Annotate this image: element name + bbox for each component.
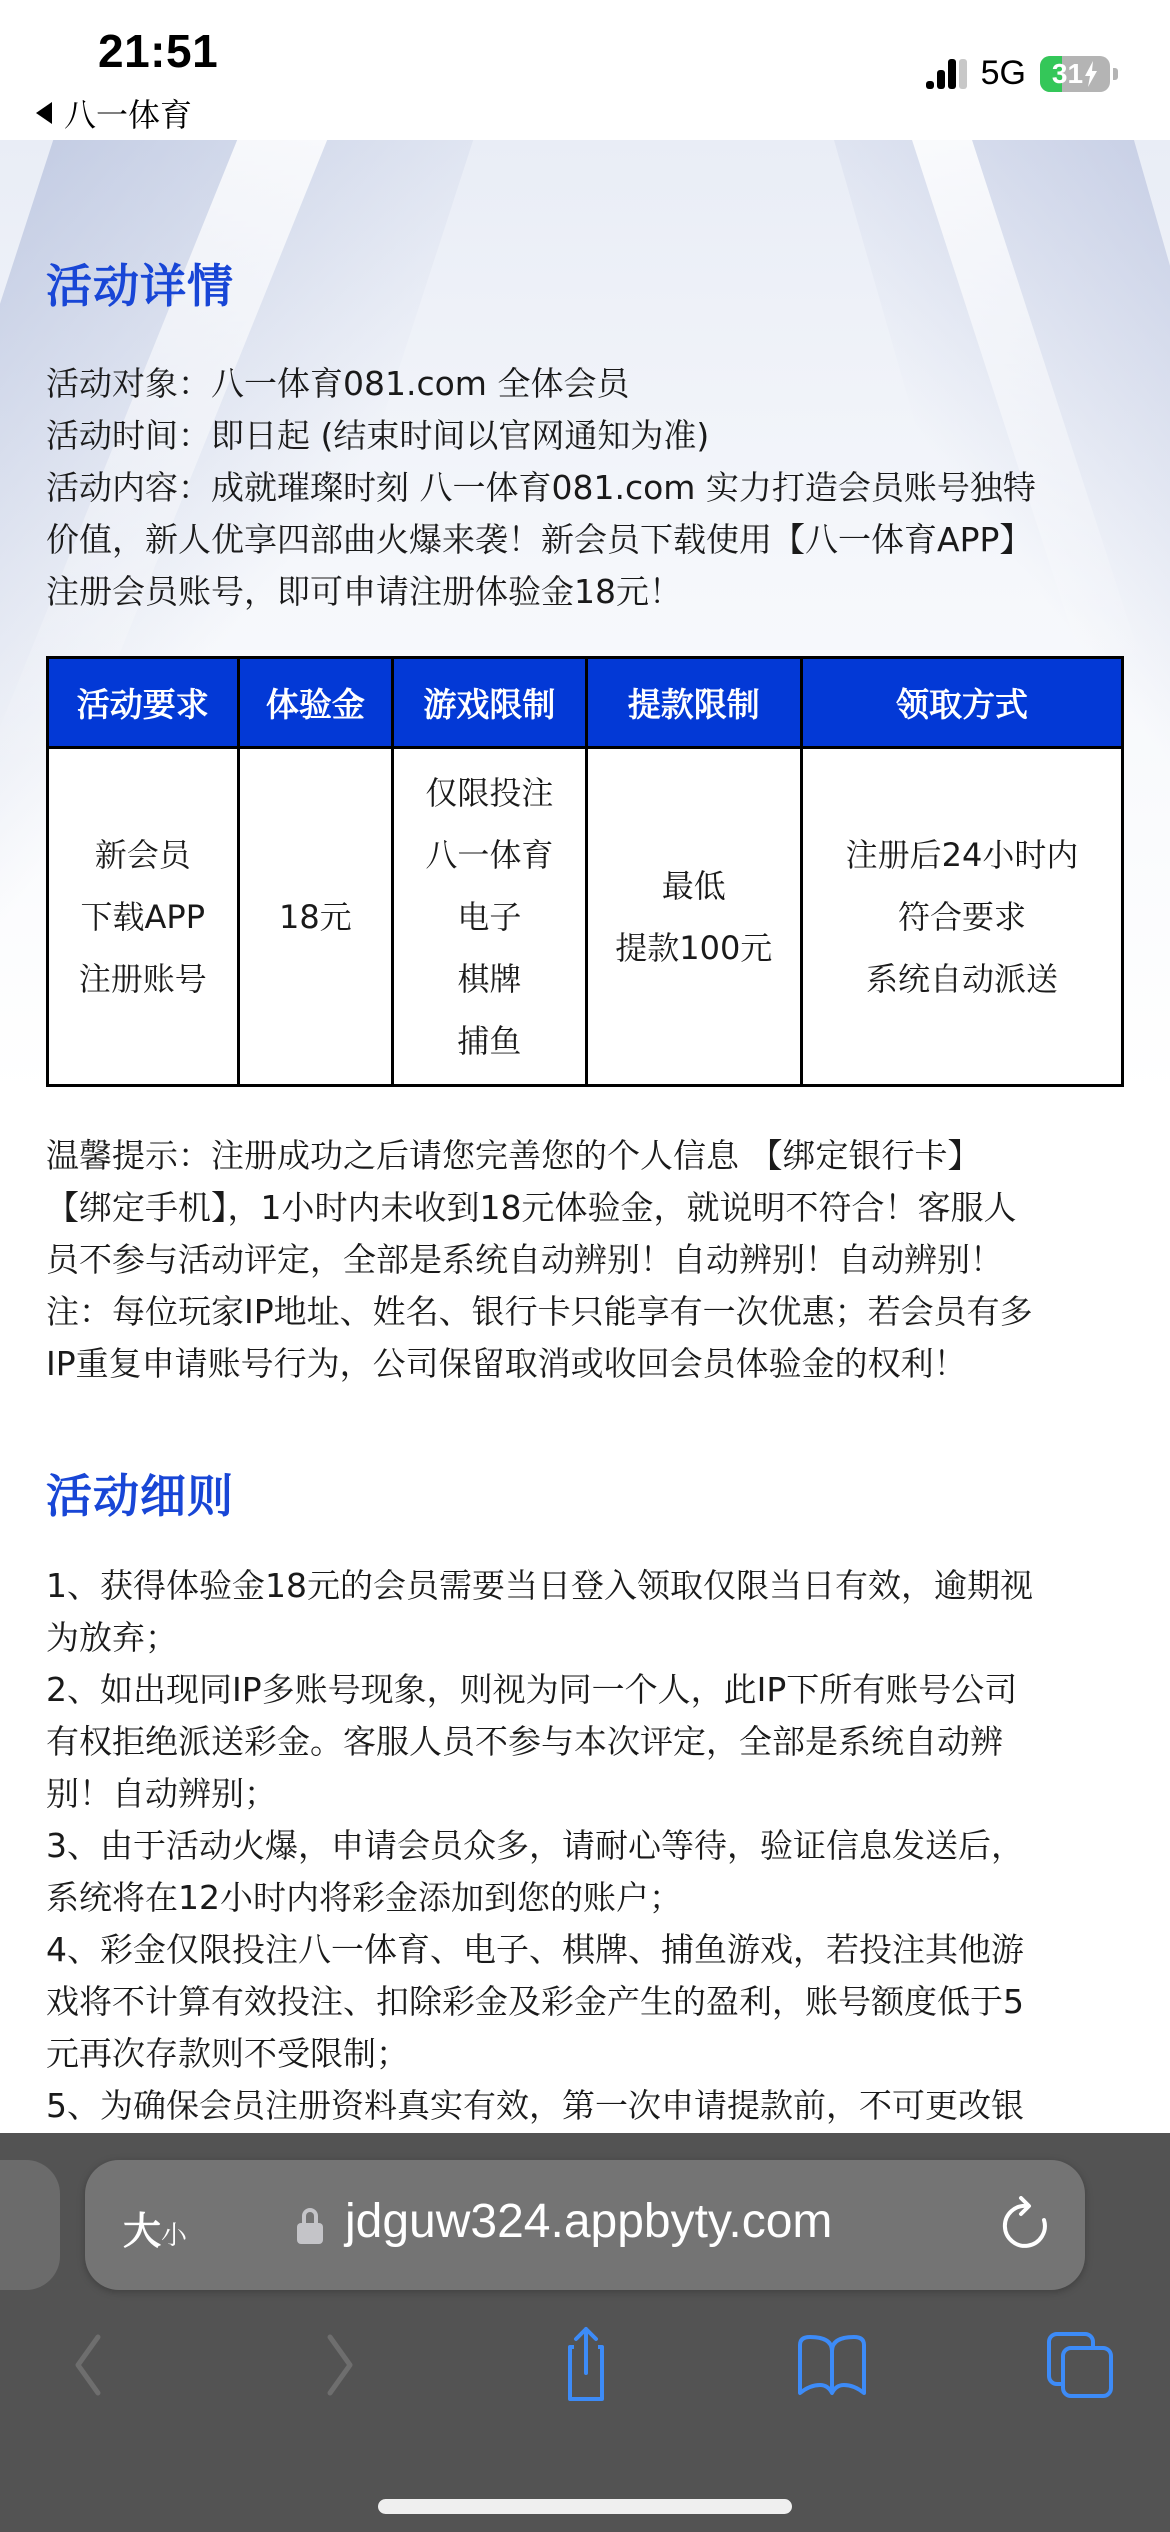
tips-line: IP重复申请账号行为，公司保留取消或收回会员体验金的权利！ <box>46 1338 1136 1390</box>
activity-content-line: 注册会员账号，即可申请注册体验金18元！ <box>46 566 1136 618</box>
rule-line: 5、为确保会员注册资料真实有效，第一次申请提款前，不可更改银 <box>46 2080 1136 2132</box>
warm-tips: 温馨提示：注册成功之后请您完善您的个人信息 【绑定银行卡】 【绑定手机】，1小时… <box>46 1130 1136 1390</box>
tips-line: 温馨提示：注册成功之后请您完善您的个人信息 【绑定银行卡】 <box>46 1130 1136 1182</box>
column-header: 活动要求 <box>48 658 239 748</box>
rule-line: 有权拒绝派送彩金。客服人员不参与本次评定，全部是系统自动辨 <box>46 1716 1136 1768</box>
promo-table: 活动要求 体验金 游戏限制 提款限制 领取方式 新会员 下载APP 注册账号 1… <box>46 656 1124 1087</box>
tabs-icon <box>1045 2330 1115 2400</box>
rule-line: 戏将不计算有效投注、扣除彩金及彩金产生的盈利，账号额度低于5 <box>46 1976 1136 2028</box>
cell-withdraw-limit: 最低 提款100元 <box>586 748 801 1086</box>
home-indicator[interactable] <box>378 2499 792 2514</box>
rule-line: 为放弃； <box>46 1612 1136 1664</box>
rule-line: 3、由于活动火爆，申请会员众多，请耐心等待，验证信息发送后， <box>46 1820 1136 1872</box>
url-text[interactable]: jdguw324.appbyty.com <box>345 2194 832 2249</box>
tips-line: 【绑定手机】，1小时内未收到18元体验金，就说明不符合！客服人 <box>46 1182 1136 1234</box>
table-row: 新会员 下载APP 注册账号 18元 仅限投注 八一体育 电子 棋牌 捕鱼 最低… <box>48 748 1123 1086</box>
battery-cap <box>1113 68 1118 80</box>
back-triangle-icon <box>36 102 52 124</box>
table-header-row: 活动要求 体验金 游戏限制 提款限制 领取方式 <box>48 658 1123 748</box>
cell-bonus: 18元 <box>238 748 393 1086</box>
status-time: 21:51 <box>98 24 218 78</box>
column-header: 游戏限制 <box>393 658 586 748</box>
bookmarks-button[interactable] <box>792 2320 872 2410</box>
forward-button[interactable] <box>300 2320 380 2410</box>
network-type: 5G <box>981 54 1026 93</box>
rule-line: 2、如出现同IP多账号现象，则视为同一个人，此IP下所有账号公司 <box>46 1664 1136 1716</box>
section-title-details: 活动详情 <box>46 250 234 316</box>
column-header: 领取方式 <box>801 658 1122 748</box>
tips-line: 注：每位玩家IP地址、姓名、银行卡只能享有一次优惠；若会员有多 <box>46 1286 1136 1338</box>
column-header: 体验金 <box>238 658 393 748</box>
activity-target: 活动对象：八一体育081.com 全体会员 <box>46 358 1136 410</box>
column-header: 提款限制 <box>586 658 801 748</box>
back-button[interactable] <box>48 2320 128 2410</box>
rule-line: 别！自动辨别； <box>46 1768 1136 1820</box>
reload-icon[interactable] <box>997 2196 1053 2256</box>
status-indicators: 5G 31 <box>926 54 1118 93</box>
rule-line: 4、彩金仅限投注八一体育、电子、棋牌、捕鱼游戏，若投注其他游 <box>46 1924 1136 1976</box>
cellular-signal-icon <box>926 59 967 89</box>
rule-line: 系统将在12小时内将彩金添加到您的账户； <box>46 1872 1136 1924</box>
status-bar: 21:51 八一体育 5G 31 <box>0 0 1170 140</box>
address-bar[interactable]: 大小 jdguw324.appbyty.com <box>85 2160 1085 2290</box>
rule-line: 1、获得体验金18元的会员需要当日登入领取仅限当日有效，逾期视 <box>46 1560 1136 1612</box>
cell-game-limit: 仅限投注 八一体育 电子 棋牌 捕鱼 <box>393 748 586 1086</box>
chevron-left-icon <box>68 2333 108 2397</box>
chevron-right-icon <box>320 2333 360 2397</box>
activity-content-line: 价值，新人优享四部曲火爆来袭！新会员下载使用【八一体育APP】 <box>46 514 1136 566</box>
activity-content-line: 活动内容：成就璀璨时刻 八一体育081.com 实力打造会员账号独特 <box>46 462 1136 514</box>
browser-toolbar: 大小 jdguw324.appbyty.com <box>0 2133 1170 2532</box>
text-size-button[interactable]: 大小 <box>123 2200 187 2255</box>
activity-time: 活动时间：即日起 (结束时间以官网通知为准) <box>46 410 1136 462</box>
section-title-rules: 活动细则 <box>46 1460 234 1526</box>
tabs-button[interactable] <box>1040 2320 1120 2410</box>
activity-info: 活动对象：八一体育081.com 全体会员 活动时间：即日起 (结束时间以官网通… <box>46 358 1136 618</box>
rule-line: 元再次存款则不受限制； <box>46 2028 1136 2080</box>
previous-tab-peek[interactable] <box>0 2160 60 2290</box>
book-icon <box>796 2333 868 2397</box>
cell-claim-method: 注册后24小时内 符合要求 系统自动派送 <box>801 748 1122 1086</box>
share-button[interactable] <box>546 2320 626 2410</box>
share-icon <box>566 2325 606 2405</box>
back-to-app-button[interactable]: 八一体育 <box>36 90 192 136</box>
lock-icon <box>297 2208 323 2244</box>
battery-icon: 31 <box>1040 56 1110 92</box>
rules-list: 1、获得体验金18元的会员需要当日登入领取仅限当日有效，逾期视 为放弃； 2、如… <box>46 1560 1136 2184</box>
tips-line: 员不参与活动评定，全部是系统自动辨别！自动辨别！自动辨别！ <box>46 1234 1136 1286</box>
navigation-toolbar <box>0 2298 1170 2448</box>
battery-percent: 31 <box>1052 58 1083 90</box>
charging-bolt-icon <box>1084 61 1098 87</box>
back-app-label: 八一体育 <box>64 90 192 136</box>
cell-requirement: 新会员 下载APP 注册账号 <box>48 748 239 1086</box>
